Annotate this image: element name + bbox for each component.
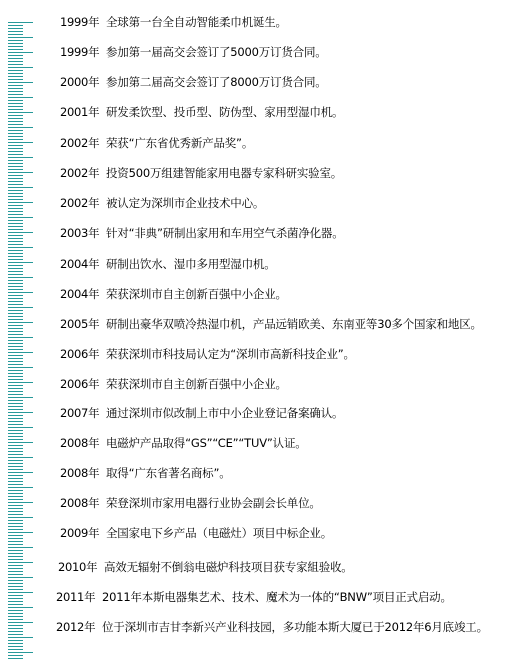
timeline-item: 2002年投资500万组建智能家用电器专家科研实验室。 (60, 165, 342, 181)
timeline-item: 2004年研制出饮水、湿巾多用型湿巾机。 (60, 256, 276, 272)
timeline-item: 1999年全球第一台全自动智能柔巾机诞生。 (60, 14, 287, 30)
timeline-event: 投资500万组建智能家用电器专家科研实验室。 (106, 165, 342, 181)
timeline-item: 2002年被认定为深圳市企业技术中心。 (60, 195, 264, 211)
timeline-event: 研制出饮水、湿巾多用型湿巾机。 (106, 256, 276, 272)
timeline-item: 2007年通过深圳市似改制上市中小企业登记备案确认。 (60, 405, 343, 421)
timeline-event: 荣获“广东省优秀新产品奖”。 (106, 135, 253, 151)
timeline-year: 2006年 (60, 376, 106, 392)
timeline-year: 2002年 (60, 165, 106, 181)
timeline-year: 1999年 (60, 44, 106, 60)
timeline-item: 2010年高效无辐射不倒翁电磁炉科技项目获专家組验收。 (58, 559, 353, 575)
timeline-item: 1999年参加第一届高交会签订了5000万订货合同。 (60, 44, 327, 60)
timeline-event: 参加第一届高交会签订了5000万订货合同。 (106, 44, 327, 60)
timeline-event: 针对“非典”研制出家用和车用空气杀菌净化器。 (106, 225, 344, 241)
timeline-year: 2000年 (60, 74, 106, 90)
timeline-event: 高效无辐射不倒翁电磁炉科技项目获专家組验收。 (104, 559, 353, 575)
timeline-item: 2008年荣登深圳市家用电器行业协会副会长单位。 (60, 495, 321, 511)
timeline-event: 通过深圳市似改制上市中小企业登记备案确认。 (106, 405, 343, 421)
timeline-item: 2012年位于深圳市吉甘李新兴产业科技园，多功能本斯大厦已于2012年6月底竣工… (56, 619, 488, 635)
timeline-event: 取得“广东省著名商标”。 (106, 465, 231, 481)
timeline-event: 被认定为深圳市企业技术中心。 (106, 195, 264, 211)
timeline-event: 研制出豪华双喷冷热湿巾机，产品远销欧美、东南亚等30多个国家和地区。 (106, 316, 482, 332)
timeline-item: 2000年参加第二届高交会签订了8000万订货合同。 (60, 74, 327, 90)
timeline-event: 全国家电下乡产品（电磁灶）项目中标企业。 (106, 525, 332, 541)
timeline-event: 研发柔饮型、投币型、防伪型、家用型湿巾机。 (106, 104, 343, 120)
timeline-event: 荣获深圳市科技局认定为“深圳市高新科技企业”。 (106, 346, 355, 362)
timeline-event: 2011年本斯电器集艺术、技术、魔术为一体的“BNW”项目正式启动。 (102, 589, 452, 605)
timeline-item: 2006年荣获深圳市科技局认定为“深圳市高新科技企业”。 (60, 346, 355, 362)
timeline-item: 2009年全国家电下乡产品（电磁灶）项目中标企业。 (60, 525, 332, 541)
timeline-event: 荣登深圳市家用电器行业协会副会长单位。 (106, 495, 321, 511)
timeline-year: 1999年 (60, 14, 106, 30)
timeline-item: 2005年研制出豪华双喷冷热湿巾机，产品远销欧美、东南亚等30多个国家和地区。 (60, 316, 482, 332)
timeline-year: 2012年 (56, 619, 102, 635)
timeline-event: 荣获深圳市自主创新百强中小企业。 (106, 286, 287, 302)
timeline-year: 2004年 (60, 256, 106, 272)
timeline-year: 2007年 (60, 405, 106, 421)
timeline-item: 2002年荣获“广东省优秀新产品奖”。 (60, 135, 253, 151)
timeline-item: 2008年取得“广东省著名商标”。 (60, 465, 231, 481)
timeline-year: 2008年 (60, 435, 106, 451)
timeline-year: 2008年 (60, 495, 106, 511)
timeline-event: 全球第一台全自动智能柔巾机诞生。 (106, 14, 287, 30)
timeline-year: 2001年 (60, 104, 106, 120)
timeline-year: 2011年 (56, 589, 102, 605)
timeline-item: 2001年研发柔饮型、投币型、防伪型、家用型湿巾机。 (60, 104, 343, 120)
timeline-year: 2002年 (60, 135, 106, 151)
decorative-ruler (8, 22, 33, 660)
timeline-event: 电磁炉产品取得“GS”“CE”“TUV”认证。 (106, 435, 307, 451)
timeline-year: 2009年 (60, 525, 106, 541)
timeline-item: 2008年电磁炉产品取得“GS”“CE”“TUV”认证。 (60, 435, 307, 451)
timeline-event: 位于深圳市吉甘李新兴产业科技园，多功能本斯大厦已于2012年6月底竣工。 (102, 619, 488, 635)
timeline-event: 荣获深圳市自主创新百强中小企业。 (106, 376, 287, 392)
timeline-year: 2004年 (60, 286, 106, 302)
timeline-year: 2003年 (60, 225, 106, 241)
timeline-year: 2002年 (60, 195, 106, 211)
timeline-item: 2003年针对“非典”研制出家用和车用空气杀菌净化器。 (60, 225, 344, 241)
timeline-year: 2010年 (58, 559, 104, 575)
timeline-item: 2011年2011年本斯电器集艺术、技术、魔术为一体的“BNW”项目正式启动。 (56, 589, 452, 605)
timeline-year: 2008年 (60, 465, 106, 481)
timeline-item: 2006年荣获深圳市自主创新百强中小企业。 (60, 376, 287, 392)
timeline-event: 参加第二届高交会签订了8000万订货合同。 (106, 74, 327, 90)
timeline-year: 2006年 (60, 346, 106, 362)
timeline-item: 2004年荣获深圳市自主创新百强中小企业。 (60, 286, 287, 302)
timeline-year: 2005年 (60, 316, 106, 332)
